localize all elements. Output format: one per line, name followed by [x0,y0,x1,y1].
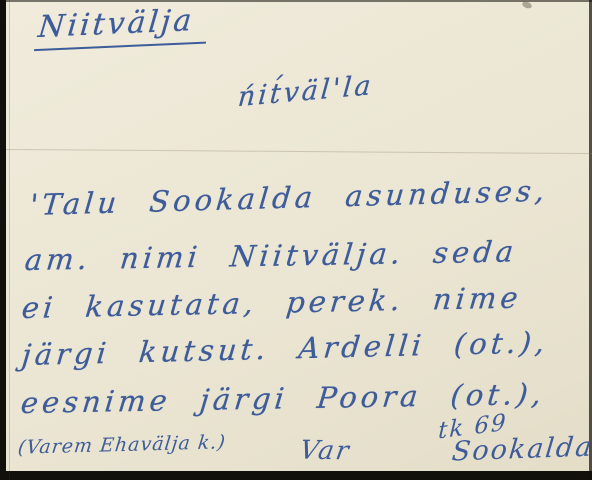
footer-parenthetical: (Varem Ehavälja k.) [17,431,227,459]
phonetic-transcription: ńit́väl'la [237,70,375,113]
handwritten-line-3: ei kasutata, perek. nime [20,280,523,325]
paper-crease [6,149,592,154]
scan-edge-left [0,0,6,480]
handwritten-line-1: 'Talu Sookalda asunduses, [28,173,549,222]
handwritten-line-4: järgi kutsut. Ardelli (ot.), [20,325,550,372]
card-title-underlined: Niitvälja [34,2,210,51]
card-edge-line [9,0,10,480]
footer-word-sookalda: Sookalda [450,431,592,467]
card-footer-line: (Varem Ehavälja k.) Var tk 69 Sookalda [0,418,592,480]
scan-edge-top [0,0,592,2]
handwritten-line-2: am. nimi Niitvälja. seda [23,234,519,277]
footer-word-var: Var [298,436,353,467]
scanned-archive-card: Niitvälja ńit́väl'la 'Talu Sookalda asun… [0,0,592,480]
